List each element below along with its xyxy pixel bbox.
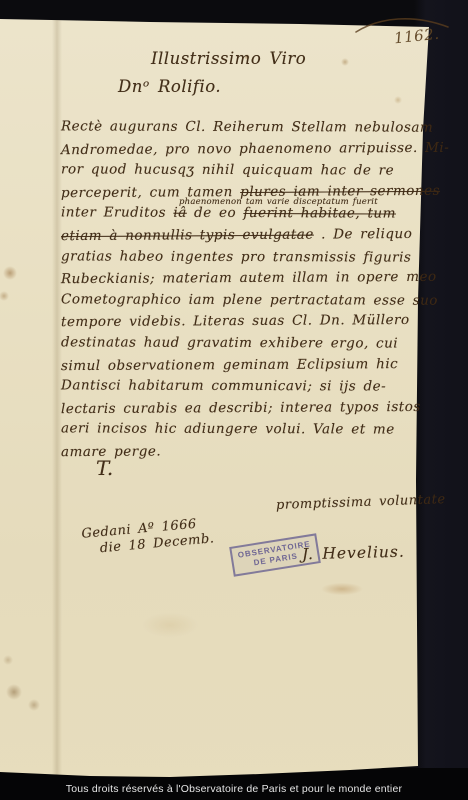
- manuscript-line-segment: aeri incisos hic adiungere volui. Vale e…: [61, 421, 395, 438]
- manuscript-line-segment: destinatas haud gravatim exhibere ergo, …: [61, 334, 398, 351]
- manuscript-line: Rubeckianis; materiam autem illam in ope…: [61, 267, 433, 291]
- manuscript-line: gratias habeo ingentes pro transmissis f…: [61, 246, 433, 269]
- manuscript-line: inter Eruditos iâ de eo fuerint habitae,…: [61, 203, 433, 226]
- manuscript-line: ror quod hucusqʒ nihil quicquam hac de r…: [61, 160, 433, 183]
- manuscript-line-segment: inter Eruditos: [61, 205, 173, 221]
- manuscript-line: tempore videbis. Literas suas Cl. Dn. Mü…: [61, 310, 433, 334]
- manuscript-line: simul observationem geminam Eclipsium hi…: [61, 353, 433, 377]
- manuscript-line: destinatas haud gravatim exhibere ergo, …: [61, 332, 433, 355]
- manuscript-line-segment-struck: plures iam inter sermones: [240, 183, 440, 200]
- salutation-line-1: Illustrissimo Viro: [151, 49, 306, 68]
- manuscript-line-segment: simul observationem geminam Eclipsium hi…: [61, 356, 398, 374]
- copyright-caption: Tous droits réservés à l'Observatoire de…: [0, 783, 468, 795]
- manuscript-line: lectaris curabis ea describi; interea ty…: [61, 397, 433, 421]
- manuscript-line-segment-struck: iâ: [173, 205, 186, 221]
- manuscript-scan-viewer: 1162. Illustrissimo Viro Dnᵒ Rolifio. ph…: [0, 0, 468, 800]
- manuscript-line-segment: tempore videbis. Literas suas Cl. Dn. Mü…: [61, 312, 410, 330]
- manuscript-line-segment: lectaris curabis ea describi; interea ty…: [61, 399, 421, 417]
- manuscript-line: aeri incisos hic adiungere volui. Vale e…: [61, 419, 433, 442]
- manuscript-line-segment: de eo: [187, 205, 244, 221]
- manuscript-line-segment-struck: fuerint habitae, tum: [243, 205, 396, 222]
- manuscript-line: etiam à nonnullis typis evulgatae . De r…: [61, 224, 433, 248]
- manuscript-line-segment-struck: etiam à nonnullis typis evulgatae: [61, 227, 314, 245]
- manuscript-line: perceperit, cum tamen plures iam inter s…: [61, 181, 433, 205]
- salutation-line-2: Dnᵒ Rolifio.: [118, 77, 221, 96]
- manuscript-line-segment: gratias habeo ingentes pro transmissis f…: [61, 248, 411, 265]
- manuscript-line: Dantisci habitarum communicavi; si ijs d…: [61, 375, 433, 398]
- manuscript-line-segment: . De reliquo: [314, 226, 413, 243]
- manuscript-line-segment: Cometographico iam plene pertractatam es…: [61, 291, 438, 308]
- manuscript-line: Andromedae, pro novo phaenomeno arripuis…: [61, 137, 433, 161]
- letter-body: phaenomenon tam varie disceptatum fuerit…: [61, 117, 433, 463]
- manuscript-line-segment: Dantisci habitarum communicavi; si ijs d…: [61, 377, 386, 394]
- manuscript-line: Rectè augurans Cl. Reiherum Stellam nebu…: [61, 116, 433, 139]
- manuscript-line-segment: ror quod hucusqʒ nihil quicquam hac de r…: [61, 162, 394, 179]
- manuscript-line-segment: Rectè augurans Cl. Reiherum Stellam nebu…: [61, 118, 433, 135]
- manuscript-line: Cometographico iam plene pertractatam es…: [61, 289, 433, 312]
- manuscript-line: amare perge.: [61, 440, 433, 464]
- manuscript-line-segment: Rubeckianis; materiam autem illam in ope…: [61, 269, 437, 287]
- manuscript-line-segment: perceperit, cum tamen: [61, 184, 240, 201]
- paraph-mark: T.: [96, 456, 114, 480]
- manuscript-line-segment: Andromedae, pro novo phaenomeno arripuis…: [61, 139, 449, 157]
- signature: J. Hevelius.: [302, 543, 405, 564]
